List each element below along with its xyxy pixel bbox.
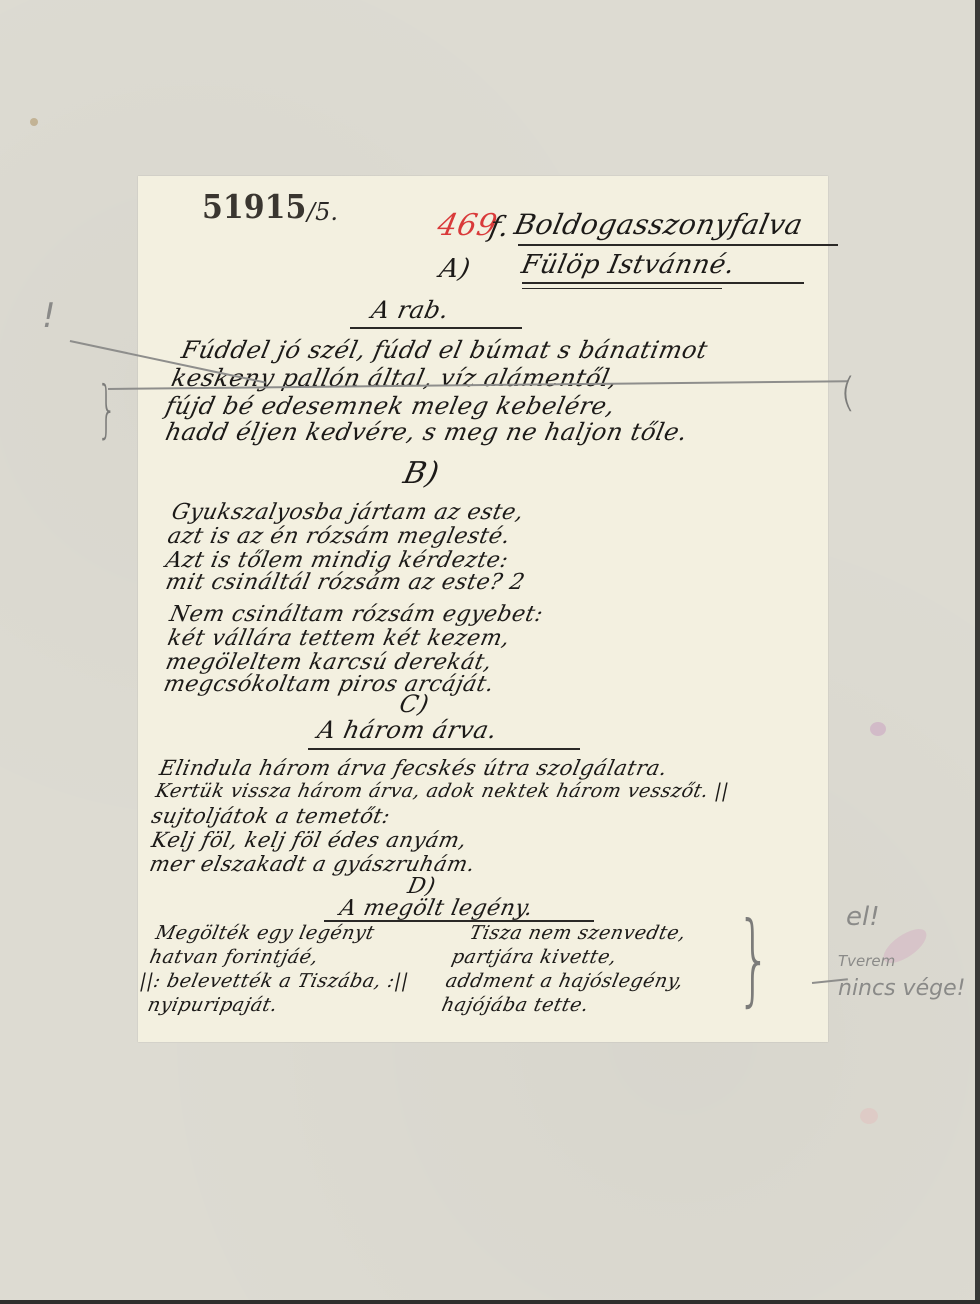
song-d-col1-line-2: hatvan forintjáé, [148,946,321,968]
stain-mark [860,1108,878,1124]
board-edge-right [975,0,980,1304]
song-d-col2-line-1: Tisza nem szenvedte, [468,922,688,944]
pencil-brace-left: { [96,378,116,451]
pencil-note-2: Tverem [838,952,895,970]
song-b-line-4: mit csináltál rózsám az este? 2 [163,570,527,595]
archive-suffix: /5. [307,198,338,226]
song-c-line-2: Kertük vissza három árva, adok nektek há… [154,780,732,802]
board-edge-bottom [0,1300,980,1304]
informant-name: Fülöp Istvánné. [519,250,738,280]
pencil-note-1: el! [846,902,880,932]
song-c-line-5: mer elszakadt a gyászruhám. [147,852,477,876]
song-d-col2-line-4: hajójába tette. [440,994,591,1016]
archive-number: 51915 [202,188,306,227]
song-c-line-1: Elindula három árva fecskés útra szolgál… [157,756,669,780]
song-label-c: C) [397,690,432,718]
song-b-line-5: Nem csináltam rózsám egyebet: [167,602,545,627]
place-name: Boldogasszonyfalva [511,208,806,241]
song-d-col2-line-2: partjára kivette, [450,946,619,968]
song-title-a: A rab. [369,296,452,324]
pencil-brace-song-d: } [736,900,771,1017]
song-title-d: A megölt legény. [337,896,535,921]
informant-underline-2 [522,288,722,289]
stain-mark [870,722,886,736]
song-c-line-3: sujtoljátok a temetőt: [149,804,392,828]
song-d-col1-line-1: Megölték egy legényt [154,922,377,944]
song-title-c-underline [308,748,580,750]
song-d-col1-line-4: nyipuripaját. [146,994,280,1016]
pencil-exclaim-left: ! [42,296,56,336]
song-b-line-1: Gyukszalyosba jártam az este, [169,500,526,525]
song-title-c: A három árva. [315,716,500,744]
song-title-a-underline [350,327,522,329]
place-underline [518,244,838,246]
song-a-line-4: hadd éljen kedvére, s meg ne haljon tőle… [163,418,690,446]
song-d-col2-line-3: addment a hajóslegény, [444,970,686,992]
song-label-b: B) [400,456,442,491]
pencil-note-3: nincs vége! [838,976,965,1001]
song-d-col1-line-3: ||: belevették a Tiszába, :|| [138,970,411,992]
song-c-line-4: Kelj föl, kelj föl édes anyám, [149,828,469,852]
song-b-line-2: azt is az én rózsám meglesté. [165,524,512,549]
stain-mark [30,118,38,126]
song-a-line-1: Fúddel jó szél, fúdd el búmat s bánatimo… [179,336,710,364]
collector-letter: A) [437,254,473,284]
song-b-line-8: megcsókoltam piros arcáját. [161,672,496,697]
song-b-line-6: két vállára tettem két kezem, [165,626,512,651]
informant-underline [522,282,804,284]
pencil-brace-right: ( [840,370,856,416]
song-a-line-3: fújd bé edesemnek meleg kebelére, [163,392,618,420]
